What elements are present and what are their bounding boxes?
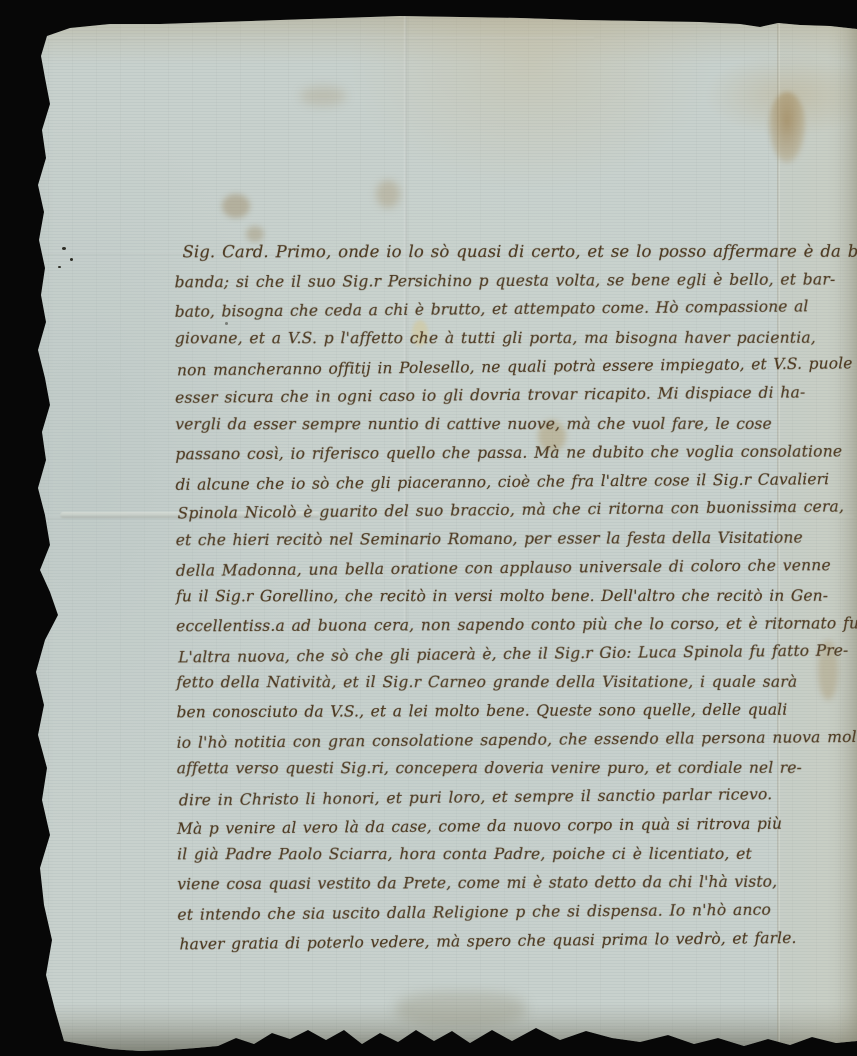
paper-sheet: Sig. Card. Primo, onde io lo sò quasi di… [0,0,857,1056]
manuscript-line: vergli da esser sempre nuntio di cattive… [175,410,823,439]
manuscript-line: fetto della Natività, et il Sig.r Carneo… [176,668,824,697]
manuscript-line: fu il Sig.r Gorellino, che recitò in ver… [176,582,824,611]
manuscript-line: esser sicura che in ogni caso io gli dov… [175,379,823,413]
manuscript-line: bato, bisogna che ceda a chi è brutto, e… [175,293,823,327]
manuscript-line: passano così, io riferisco quello che pa… [175,437,823,469]
ink-speck [62,247,66,250]
manuscript-line: giovane, et a V.S. p l'affetto che à tut… [175,324,823,353]
manuscript-line: affetta verso questi Sig.ri, concepera d… [177,754,825,783]
stain [222,194,250,218]
ink-speck [70,258,73,261]
stain [300,86,346,106]
manuscript-line: Mà p venire al vero là da case, come da … [177,809,825,843]
ink-speck [58,266,61,268]
manuscript-scan: Sig. Card. Primo, onde io lo sò quasi di… [0,0,857,1056]
manuscript-line: viene cosa quasi vestito da Prete, come … [177,868,825,900]
manuscript-line: io l'hò notitia con gran consolatione sa… [177,723,825,757]
stain [396,992,526,1026]
stain [376,180,400,208]
stain-right-fold [768,92,806,164]
manuscript-line: il già Padre Paolo Sciarra, hora conta P… [177,840,825,869]
manuscript-line: haver gratia di poterlo vedere, mà spero… [179,923,827,958]
manuscript-line: eccellentiss.a ad buona cera, non sapend… [176,610,824,642]
manuscript-line: Sig. Card. Primo, onde io lo sò quasi di… [174,238,822,267]
fold-crease-top [34,37,594,40]
manuscript-line: et che hieri recitò nel Seminario Romano… [176,523,824,555]
manuscript-line: della Madonna, una bella oratione con ap… [176,551,824,585]
manuscript-line: ben conosciuto da V.S., et a lei molto b… [176,696,824,728]
handwritten-text: Sig. Card. Primo, onde io lo sò quasi di… [174,237,825,957]
manuscript-line: L'altra nuova, che sò che gli piacerà è,… [178,636,826,671]
